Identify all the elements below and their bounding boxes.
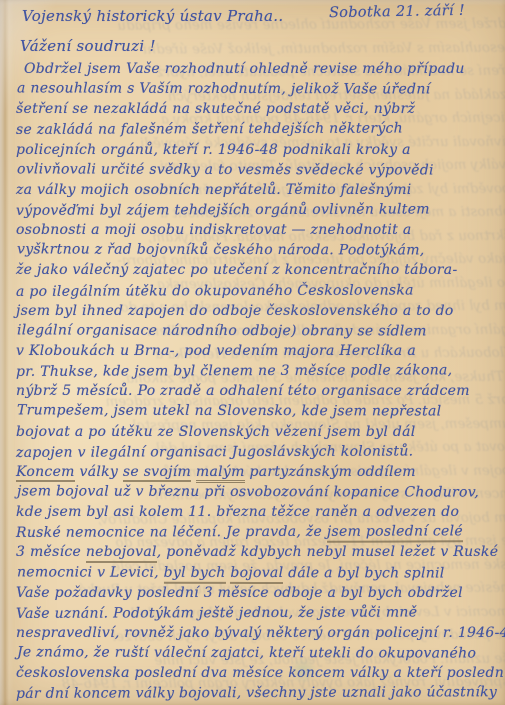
pencil-underlined-text: bojoval [230,564,283,583]
letter-line: Vaše požadavky poslední 3 měsíce odboje … [16,583,505,603]
letter-line: že jako válečný zajatec po utečení z kon… [16,260,505,280]
pencil-underlined-text: byl bych [164,564,226,583]
letter-line: československa poslední dva měsíce konce… [16,663,505,683]
dateline: Sobotka 21. září ! [329,3,465,21]
letter-page: Obdržel jsem Vaše rozhodnutí ohledně rev… [0,0,505,705]
handwriting-layer: Vojenský historický ústav Praha.. Sobotk… [0,0,505,705]
letter-line: jsem bojoval už v březnu při osvobozován… [17,481,505,502]
letter-text: za války mojich osobních nepřátelů. Těmi… [16,182,412,198]
pencil-underlined-text: se svojím [123,464,191,483]
letter-text: 3 měsíce [16,544,86,560]
letter-text: války [75,464,123,480]
letter-text: Vaše uznání. Podotýkám ještě jednou, že … [16,604,417,621]
pencil-underlined-text: nebojoval [86,544,157,563]
letter-text: osobnosti a moji osobu indiskretovat — z… [16,222,412,238]
letter-line: zapojen v ilegální organisaci Jugoslávsk… [16,441,505,463]
letter-text: nespravedliví, rovněž jako bývalý někter… [16,625,505,641]
letter-line: ilegální organisace národního odboje) ob… [17,320,505,341]
letter-text: v Kloboukách u Brna-, pod vedením majora… [16,343,416,359]
letter-line: policejních orgánů, kteří r. 1946-48 pod… [16,140,505,160]
letter-line: Je známo, že ruští váleční zajatci, kteř… [17,642,505,663]
letter-line: jsem byl ihned zapojen do odboje českosl… [16,301,505,321]
letter-text: dále a byl bych splnil [283,565,444,581]
letter-line: 3 měsíce nebojoval, poněvadž kdybych neb… [16,542,505,562]
letter-line: bojovat a po útěku ze Slovenských vězení… [16,422,505,442]
letter-line: šetření se nezakládá na skutečné podstat… [16,99,505,119]
pencil-underlined-text: Koncem [16,464,75,483]
letter-text: ilegální organisace národního odboje) ob… [17,322,427,339]
letter-line: Trumpešem, jsem utekl na Slovensko, kde … [17,401,505,422]
letter-line: Koncem války se svojím malým partyzánský… [16,462,505,482]
salutation: Vážení soudruzi ! [20,37,156,55]
letter-text: jsem byl ihned zapojen do odboje českosl… [16,303,454,319]
letter-line: osobnosti a moji osobu indiskretovat — z… [16,220,505,240]
recipient-line: Vojenský historický ústav Praha.. [22,7,283,25]
letter-body: Obdržel jsem Vaše rozhodnutí ohledně rev… [16,59,505,704]
letter-line: se zakládá na falešném šetření tehdejšíc… [16,119,505,141]
letter-text: pár dní koncem války bojovali, všechny j… [16,685,497,703]
letter-text: , poněvadž kdybych nebyl musel ležet v R… [157,544,499,560]
letter-text: Ruské nemocnice na léčení. Je pravda, že [16,524,327,541]
letter-line: nespravedliví, rovněž jako bývalý někter… [16,623,505,643]
letter-line: kde jsem byl asi kolem 11. března těžce … [16,502,505,522]
letter-text: a nesouhlasím s Vaším rozhodnutím, jelik… [17,81,430,98]
letter-text: československa poslední dva měsíce konce… [16,665,505,681]
letter-line: ovlivňovali určité svědky a to vesměs sv… [17,159,505,180]
letter-text: pr. Thukse, kde jsem byl členem ne 3 měs… [16,362,452,380]
letter-line: a nesouhlasím s Vaším rozhodnutím, jelik… [17,79,505,100]
letter-line: nýbrž 5 měsíců. Po zradě a odhalení této… [16,381,505,401]
letter-line: a po ilegálním útěku do okupovaného Česk… [16,280,505,302]
letter-line: za války mojich osobních nepřátelů. Těmi… [16,180,505,200]
letter-text: a po ilegálním útěku do okupovaného Česk… [16,282,414,299]
letter-text: nýbrž 5 měsíců. Po zradě a odhalení této… [16,383,470,399]
letter-line: pár dní koncem války bojovali, všechny j… [16,683,505,705]
letter-text: že jako válečný zajatec po utečení z kon… [16,262,457,278]
letter-text: se zakládá na falešném šetření tehdejšíc… [16,121,403,138]
letter-line: vyškrtnou z řad bojovníků českého národa… [17,240,505,261]
letter-text: Vaše požadavky poslední 3 měsíce odboje … [16,585,463,601]
letter-text: kde jsem byl asi kolem 11. března těžce … [16,504,459,520]
pencil-underlined-text: malým [196,464,245,484]
letter-line: Obdržel jsem Vaše rozhodnutí ohledně rev… [16,59,505,79]
letter-line: v Kloboukách u Brna-, pod vedením majora… [16,341,505,361]
letter-text: Je známo, že ruští váleční zajatci, kteř… [17,644,476,661]
letter-text: partyzánským oddílem [245,464,416,480]
letter-text: vyškrtnou z řad bojovníků českého národa… [17,242,425,259]
letter-text: policejních orgánů, kteří r. 1946-48 pod… [16,142,411,158]
letter-line: Ruské nemocnice na léčení. Je pravda, že… [16,521,505,543]
letter-text: Obdržel jsem Vaše rozhodnutí ohledně rev… [24,61,465,77]
letter-text: šetření se nezakládá na skutečné podstat… [16,101,415,117]
letter-line: Vaše uznání. Podotýkám ještě jednou, že … [16,602,505,624]
letter-text: Trumpešem, jsem utekl na Slovensko, kde … [17,403,441,420]
letter-text: bojovat a po útěku ze Slovenských vězení… [16,424,416,440]
letter-line: výpověďmi byl zájem tehdejších orgánů ov… [16,199,505,221]
letter-line: pr. Thukse, kde jsem byl členem ne 3 měs… [16,360,505,382]
letter-text: zapojen v ilegální organisaci Jugoslávsk… [16,443,413,460]
letter-text: nemocnici v Levici, [17,564,164,580]
letter-text: ovlivňovali určité svědky a to vesměs sv… [17,161,434,178]
letter-text: výpověďmi byl zájem tehdejších orgánů ov… [16,201,430,218]
pencil-underlined-text: jsem poslední celé [327,524,463,543]
letter-line: nemocnici v Levici, byl bych bojoval dál… [17,562,505,583]
letter-text: jsem bojoval už v březnu při osvobozován… [17,483,479,500]
